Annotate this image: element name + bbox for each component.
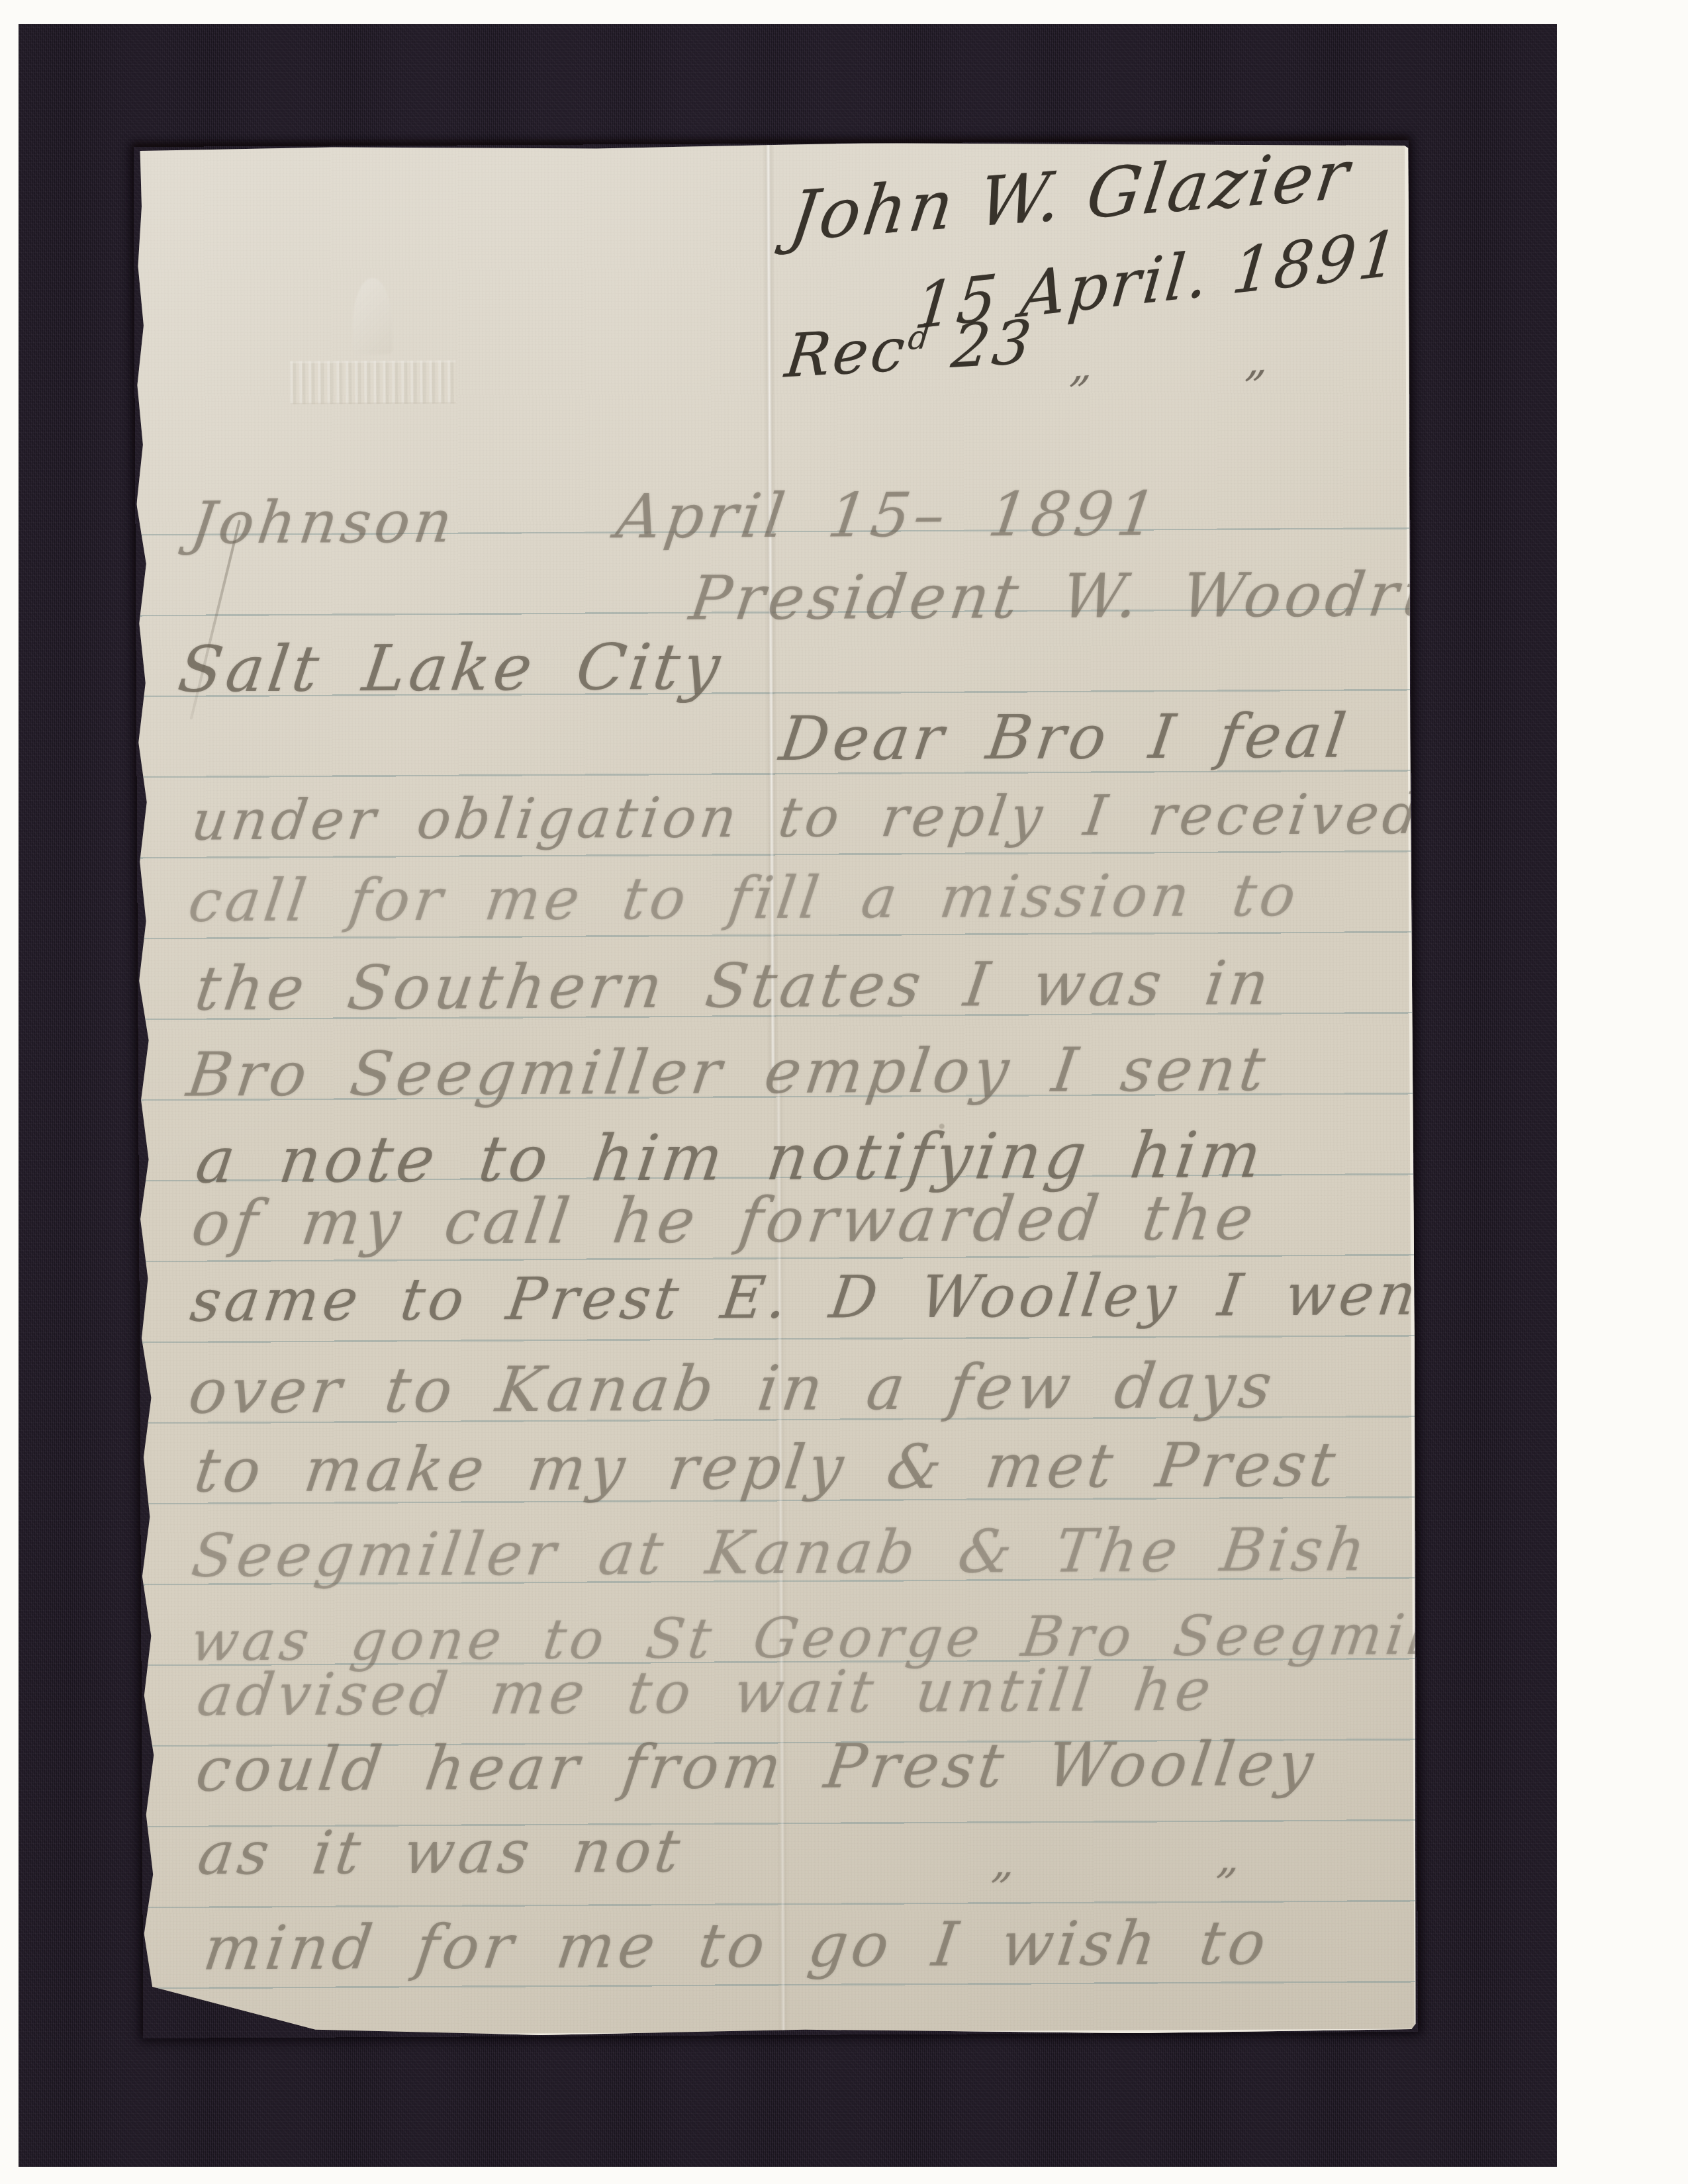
document-scan: John W. Glazier 15 April. 1891 Recd 23 „… bbox=[0, 0, 1688, 2184]
annotation-received: Recd 23 bbox=[782, 309, 1037, 389]
letter-salutation: Dear Bro I feal bbox=[776, 702, 1354, 772]
annotation-ditto-mark: „ bbox=[1243, 336, 1274, 385]
letter-body-line: of my call he forwarded the bbox=[188, 1184, 1262, 1258]
annotation-received-number: 23 bbox=[948, 307, 1037, 382]
annotation-received-superscript: d bbox=[906, 317, 934, 357]
letter-body-line: mind for me to go I wish to bbox=[200, 1909, 1274, 1982]
letter-body-line: as it was not bbox=[194, 1819, 687, 1887]
letter-body-line: call for me to fill a mission to bbox=[185, 864, 1303, 934]
annotation-received-label: Rec bbox=[782, 314, 912, 391]
letter-body-line: Seegmiller at Kanab & The Bish bbox=[188, 1517, 1374, 1588]
embossed-stationery-stamp bbox=[290, 278, 456, 408]
letter-addressee: President W. Woodruff bbox=[686, 561, 1503, 632]
letter-body-line: to make my reply & met Prest bbox=[191, 1432, 1343, 1504]
stamp-dome-icon bbox=[353, 278, 393, 354]
stamp-colonnade-icon bbox=[290, 361, 455, 404]
letter-body-line: could hear from Prest Woolley bbox=[192, 1731, 1321, 1803]
letter-body-line: Bro Seegmiller employ I sent bbox=[183, 1036, 1273, 1109]
letter-city: Salt Lake City bbox=[174, 632, 728, 705]
letter-body-line: advised me to wait untill he bbox=[193, 1659, 1218, 1728]
letter-body-line: same to Prest E. D Woolley I went bbox=[187, 1263, 1451, 1334]
letter-body-line: the Southern States I was in bbox=[191, 950, 1276, 1023]
letter-place: Johnson bbox=[187, 490, 460, 555]
annotation-ditto-mark: „ bbox=[1068, 342, 1099, 391]
letter-body-line: over to Kanab in a few days bbox=[185, 1352, 1280, 1426]
letter-body-line: under obligation to reply I received bbox=[188, 784, 1427, 851]
letter-paper: John W. Glazier 15 April. 1891 Recd 23 „… bbox=[134, 140, 1419, 2038]
letter-dateline: April 15– 1891 bbox=[613, 480, 1165, 551]
